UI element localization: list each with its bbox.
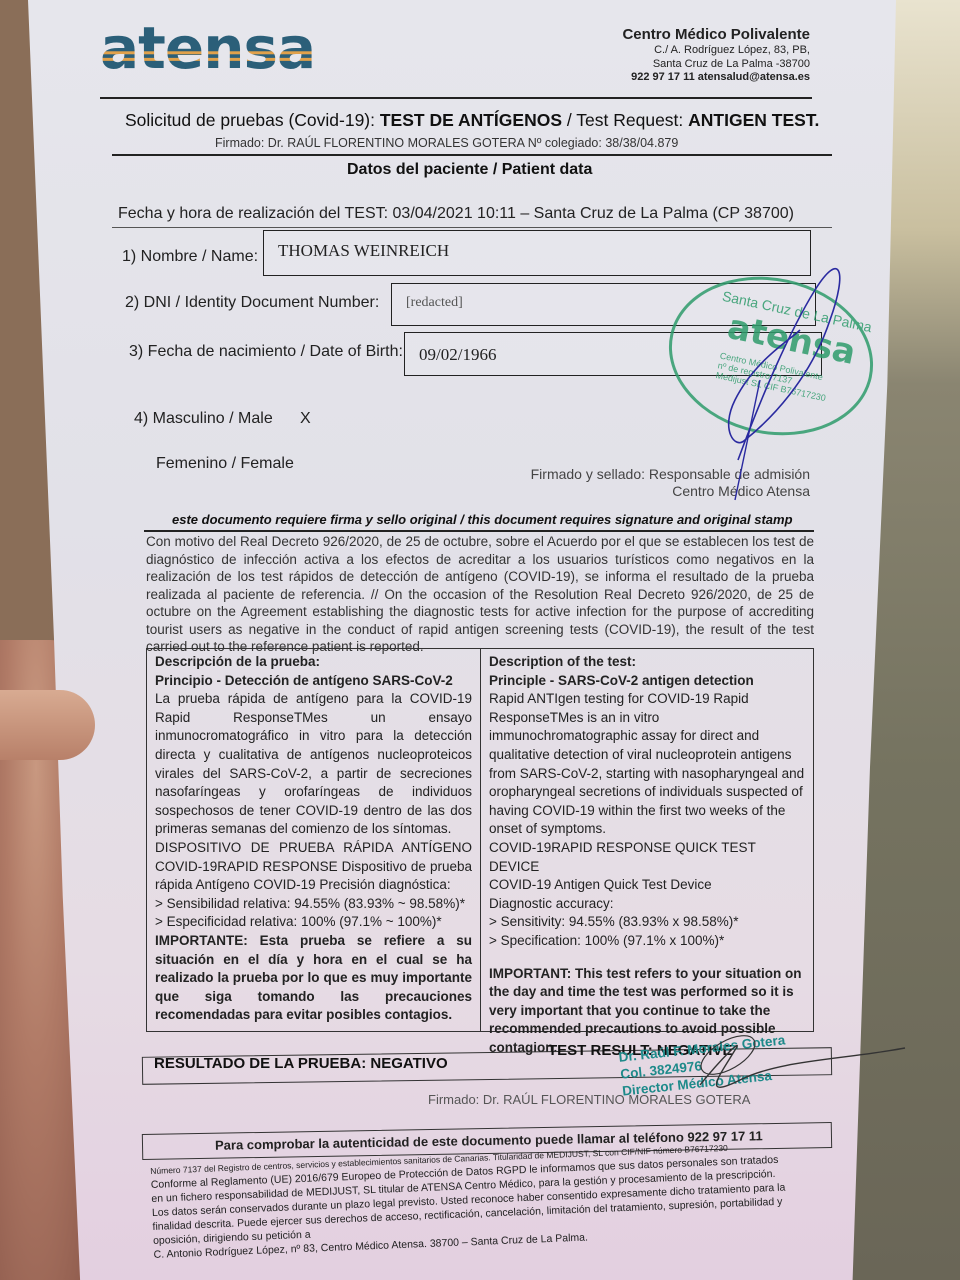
description-english: Description of the test: Principle - SAR… bbox=[480, 649, 813, 1031]
test-description-table: Descripción de la prueba: Principio - De… bbox=[146, 648, 814, 1032]
signed-sealed-role: Firmado y sellado: Responsable de admisi… bbox=[531, 466, 810, 483]
id-label: 2) DNI / Identity Document Number: bbox=[125, 294, 379, 312]
document-title: Solicitud de pruebas (Covid-19): TEST DE… bbox=[125, 110, 819, 131]
header-divider bbox=[100, 97, 812, 99]
datetime-divider bbox=[112, 227, 832, 228]
notice-divider bbox=[144, 530, 814, 532]
description-es-principle: Principio - Detección de antígeno SARS-C… bbox=[155, 672, 472, 691]
male-checkmark: X bbox=[300, 410, 311, 428]
female-label: Femenino / Female bbox=[156, 455, 294, 473]
atensa-logo: atensa bbox=[100, 18, 315, 78]
name-field: THOMAS WEINREICH bbox=[263, 230, 811, 276]
description-en-accuracy: Diagnostic accuracy: bbox=[489, 895, 805, 914]
intro-paragraph: Con motivo del Real Decreto 926/2020, de… bbox=[146, 533, 814, 656]
description-es-sensitivity: > Sensibilidad relativa: 94.55% (83.93% … bbox=[155, 895, 472, 914]
male-label: 4) Masculino / Male bbox=[134, 410, 273, 428]
description-es-important: IMPORTANTE: Esta prueba se refiere a su … bbox=[155, 932, 472, 1025]
doctor-signature-line: Firmado: Dr. RAÚL FLORENTINO MORALES GOT… bbox=[428, 1092, 750, 1107]
title-test-en: ANTIGEN TEST. bbox=[688, 110, 819, 130]
clinic-name: Centro Médico Polivalente bbox=[622, 26, 810, 43]
clinic-info: Centro Médico Polivalente C./ A. Rodrígu… bbox=[622, 26, 810, 83]
clinic-contact: 922 97 17 11 atensalud@atensa.es bbox=[622, 71, 810, 83]
title-divider bbox=[112, 154, 832, 156]
description-en-device-1: COVID-19RAPID RESPONSE QUICK TEST DEVICE bbox=[489, 839, 805, 876]
description-es-heading: Descripción de la prueba: bbox=[155, 653, 472, 672]
clinic-address-1: C./ A. Rodríguez López, 83, PB, bbox=[622, 43, 810, 57]
title-test-es: TEST DE ANTÍGENOS bbox=[380, 110, 562, 130]
description-es-body: La prueba rápida de antígeno para la COV… bbox=[155, 690, 472, 839]
description-en-device-2: COVID-19 Antigen Quick Test Device bbox=[489, 876, 805, 895]
dob-label: 3) Fecha de nacimiento / Date of Birth: bbox=[129, 343, 403, 361]
signed-sealed: Firmado y sellado: Responsable de admisi… bbox=[531, 466, 810, 500]
description-en-heading: Description of the test: bbox=[489, 653, 805, 672]
result-spanish: RESULTADO DE LA PRUEBA: NEGATIVO bbox=[154, 1055, 448, 1072]
signed-by: Firmado: Dr. RAÚL FLORENTINO MORALES GOT… bbox=[215, 136, 678, 150]
description-es-device: DISPOSITIVO DE PRUEBA RÁPIDA ANTÍGENO CO… bbox=[155, 839, 472, 895]
signed-sealed-center: Centro Médico Atensa bbox=[531, 483, 810, 500]
clinic-address-2: Santa Cruz de La Palma -38700 bbox=[622, 57, 810, 71]
patient-section-title: Datos del paciente / Patient data bbox=[347, 161, 592, 179]
description-en-sensitivity: > Sensitivity: 94.55% (83.93% x 98.58%)* bbox=[489, 913, 805, 932]
title-mid: / Test Request: bbox=[562, 110, 688, 130]
test-datetime: Fecha y hora de realización del TEST: 03… bbox=[118, 205, 794, 223]
signature-notice: este documento requiere firma y sello or… bbox=[172, 512, 793, 527]
description-en-principle: Principle - SARS-CoV-2 antigen detection bbox=[489, 672, 805, 691]
title-prefix: Solicitud de pruebas (Covid-19): bbox=[125, 110, 380, 130]
description-en-body: Rapid ANTIgen testing for COVID-19 Rapid… bbox=[489, 690, 805, 839]
description-spanish: Descripción de la prueba: Principio - De… bbox=[147, 649, 480, 1031]
name-label: 1) Nombre / Name: bbox=[122, 248, 258, 266]
description-es-specificity: > Especificidad relativa: 100% (97.1% ~ … bbox=[155, 913, 472, 932]
thumb bbox=[0, 690, 95, 760]
description-en-specificity: > Specification: 100% (97.1% x 100%)* bbox=[489, 932, 805, 951]
